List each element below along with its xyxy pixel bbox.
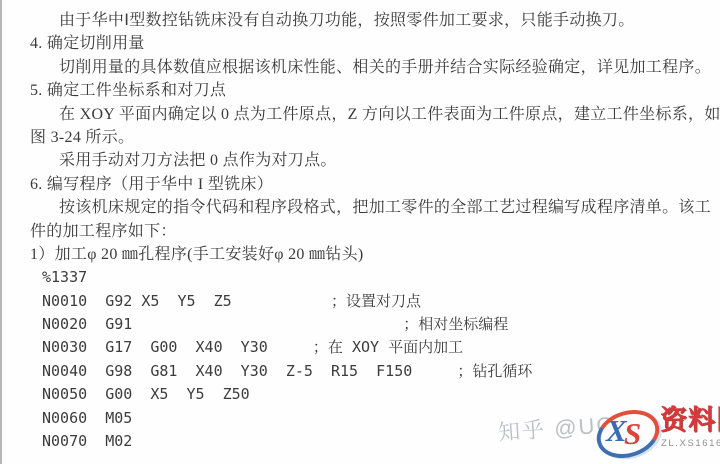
xs-emblem: X S	[594, 409, 658, 453]
code-line: N0030 G17 G00 X40 Y30 ；在 XOY 平面内加工	[2, 336, 720, 359]
text-line: 件的加工程序如下：	[2, 220, 720, 243]
code-line: %1337	[2, 266, 720, 289]
document-page: 由于华中Ⅰ型数控钻铣床没有自动换刀功能，按照零件加工要求，只能手动换刀。 4. …	[0, 0, 720, 464]
text-line: 6. 编写程序（用于华中 I 型铣床）	[2, 173, 720, 196]
logo-site-domain: ZL.XS1616.COM	[661, 438, 720, 449]
text-line: 由于华中Ⅰ型数控钻铣床没有自动换刀功能，按照零件加工要求，只能手动换刀。	[2, 9, 720, 32]
text-line: 4. 确定切削用量	[2, 32, 720, 55]
text-line: 5. 确定工件坐标系和对刀点	[2, 79, 720, 102]
text-line: 按该机床规定的指令代码和程序段格式，把加工零件的全部工艺过程编写成程序清单。该工	[2, 196, 720, 219]
text-line: 图 3-24 所示。	[2, 126, 720, 149]
document-text: 由于华中Ⅰ型数控钻铣床没有自动换刀功能，按照零件加工要求，只能手动换刀。 4. …	[2, 9, 720, 453]
code-line: N0010 G92 X5 Y5 Z5 ；设置对刀点	[2, 290, 720, 313]
text-line: 1）加工φ 20 ㎜孔程序(手工安装好φ 20 ㎜钻头)	[2, 243, 720, 266]
code-line: N0020 G91 ；相对坐标编程	[2, 313, 720, 336]
text-line: 采用手动对刀方法把 0 点作为对刀点。	[2, 149, 720, 172]
code-line: N0040 G98 G81 X40 Y30 Z-5 R15 F150 ；钻孔循环	[2, 360, 720, 383]
text-line: 在 XOY 平面内确定以 0 点为工件原点，Z 方向以工件表面为工件原点，建立工…	[2, 103, 720, 126]
logo-site-name: 资料网	[660, 405, 720, 435]
site-logo: X S 资料网 ZL.XS1616.COM	[594, 402, 720, 464]
emblem-letter-s: S	[624, 418, 641, 449]
text-line: 切削用量的具体数值应根据该机床性能、相关的手册并结合实际经验确定，详见加工程序。	[2, 56, 720, 79]
